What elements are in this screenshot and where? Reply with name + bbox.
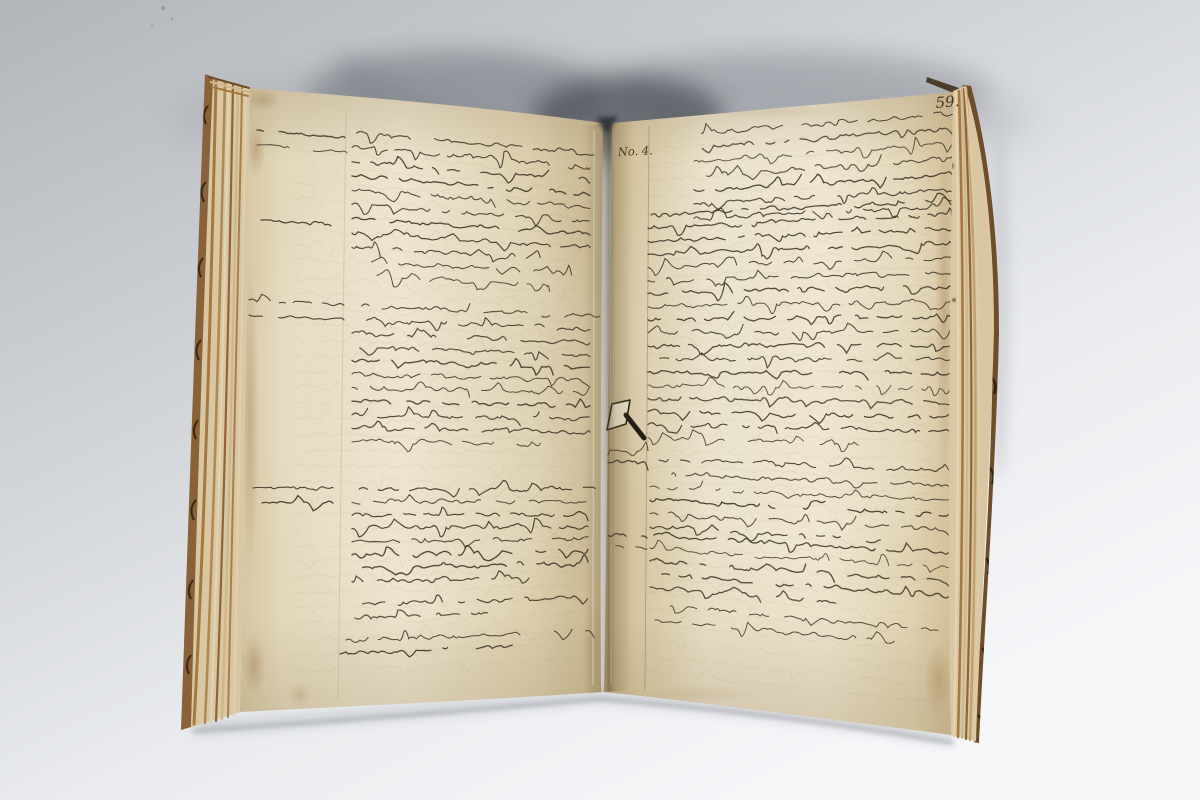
- page-number: 59.: [935, 92, 960, 112]
- manuscript-photo-canvas: 59. No. 4.: [0, 0, 1200, 800]
- spine-gutter: [584, 121, 632, 694]
- manuscript-photo: 59. No. 4.: [0, 0, 1200, 800]
- right-page: 59. No. 4.: [585, 85, 984, 740]
- left-page: [230, 80, 610, 720]
- book: 59. No. 4.: [181, 74, 999, 743]
